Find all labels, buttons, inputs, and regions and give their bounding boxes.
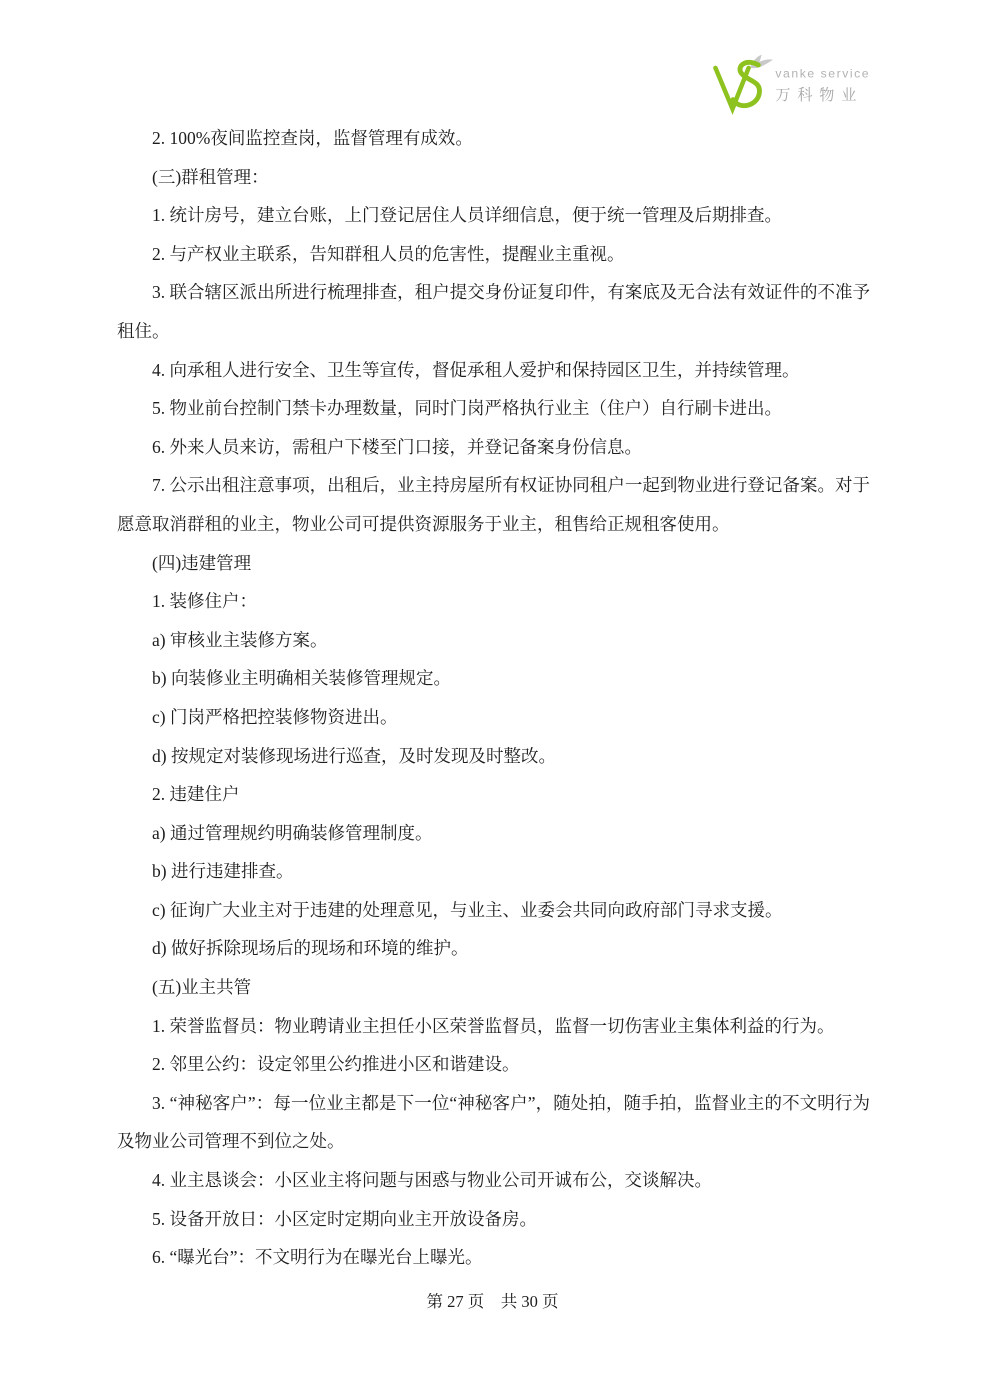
- document-paragraph: 5. 设备开放日：小区定时定期向业主开放设备房。: [117, 1200, 870, 1239]
- document-paragraph: 7. 公示出租注意事项，出租后，业主持房屋所有权证协同租户一起到物业进行登记备案…: [117, 466, 870, 543]
- document-paragraph: 6. “曝光台”：不文明行为在曝光台上曝光。: [117, 1238, 870, 1277]
- document-paragraph: a) 审核业主装修方案。: [117, 621, 870, 660]
- document-paragraph: 1. 装修住户：: [117, 582, 870, 621]
- document-paragraph: (三)群租管理：: [117, 158, 870, 197]
- document-paragraph: 2. 与产权业主联系，告知群租人员的危害性，提醒业主重视。: [117, 235, 870, 274]
- document-paragraph: 4. 业主恳谈会：小区业主将问题与困惑与物业公司开诚布公，交谈解决。: [117, 1161, 870, 1200]
- document-paragraph: b) 向装修业主明确相关装修管理规定。: [117, 659, 870, 698]
- document-paragraph: c) 门岗严格把控装修物资进出。: [117, 698, 870, 737]
- document-page: vanke service 万科物业 2. 100%夜间监控查岗，监督管理有成效…: [0, 0, 985, 1393]
- logo-brand-cjk: 万科物业: [775, 86, 863, 104]
- logo-vs-mark: [715, 62, 759, 109]
- document-paragraph: b) 进行违建排查。: [117, 852, 870, 891]
- document-paragraph: 2. 100%夜间监控查岗，监督管理有成效。: [117, 119, 870, 158]
- document-paragraph: 5. 物业前台控制门禁卡办理数量，同时门岗严格执行业主（住户）自行刷卡进出。: [117, 389, 870, 428]
- vanke-service-logo: vanke service 万科物业: [713, 52, 869, 116]
- document-paragraph: 1. 荣誉监督员：物业聘请业主担任小区荣誉监督员，监督一切伤害业主集体利益的行为…: [117, 1007, 870, 1046]
- document-body: 2. 100%夜间监控查岗，监督管理有成效。 (三)群租管理： 1. 统计房号，…: [117, 119, 870, 1277]
- document-paragraph: a) 通过管理规约明确装修管理制度。: [117, 814, 870, 853]
- document-paragraph: 6. 外来人员来访，需租户下楼至门口接，并登记备案身份信息。: [117, 428, 870, 467]
- document-paragraph: d) 做好拆除现场后的现场和环境的维护。: [117, 929, 870, 968]
- document-paragraph: 4. 向承租人进行安全、卫生等宣传，督促承租人爱护和保持园区卫生，并持续管理。: [117, 351, 870, 390]
- logo-brand-latin: vanke service: [775, 67, 869, 81]
- page-footer: 第 27 页 共 30 页: [0, 1288, 985, 1312]
- document-paragraph: d) 按规定对装修现场进行巡查，及时发现及时整改。: [117, 737, 870, 776]
- page-number-label: 第 27 页 共 30 页: [427, 1292, 559, 1311]
- document-paragraph: 1. 统计房号，建立台账，上门登记居住人员详细信息，便于统一管理及后期排查。: [117, 196, 870, 235]
- document-paragraph: c) 征询广大业主对于违建的处理意见，与业主、业委会共同向政府部门寻求支援。: [117, 891, 870, 930]
- document-paragraph: (四)违建管理: [117, 544, 870, 583]
- document-paragraph: (五)业主共管: [117, 968, 870, 1007]
- document-paragraph: 2. 违建住户: [117, 775, 870, 814]
- document-paragraph: 3. “神秘客户”：每一位业主都是下一位“神秘客户”，随处拍，随手拍，监督业主的…: [117, 1084, 870, 1161]
- document-paragraph: 3. 联合辖区派出所进行梳理排查，租户提交身份证复印件，有案底及无合法有效证件的…: [117, 273, 870, 350]
- document-paragraph: 2. 邻里公约：设定邻里公约推进小区和谐建设。: [117, 1045, 870, 1084]
